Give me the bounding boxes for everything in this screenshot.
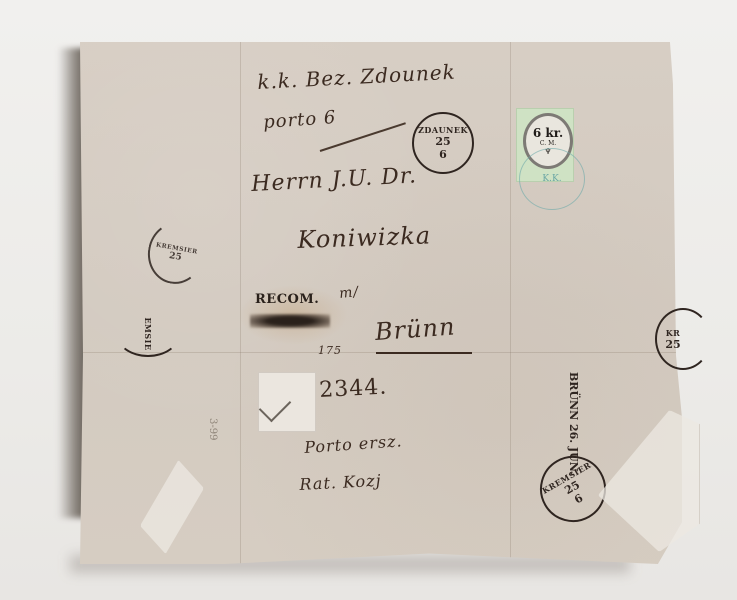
postmark-town: KR [666, 328, 681, 338]
fold-line [510, 42, 511, 564]
reference-number: 2344. [319, 374, 388, 403]
postmark-kremsier-edge-left: EMSIE [116, 311, 180, 357]
arrival-stamp: BRÜNN 26. JUN. [567, 372, 580, 475]
checkmark-icon [259, 390, 292, 423]
revenue-cancel: K.K. [519, 148, 585, 210]
recom-number: 175 [318, 344, 342, 357]
recom-bar [250, 314, 330, 328]
postmark-kremsier-edge-right: KR 25 [655, 308, 711, 370]
postmark-month: 6 [439, 148, 447, 161]
addressee-name: Koniwizka [297, 221, 431, 254]
postmark-day: 25 [435, 135, 450, 148]
pencil-note: 3-99 [207, 418, 218, 440]
postmark-town: EMSIE [143, 317, 153, 350]
postmark-day: 25 [168, 250, 182, 262]
paper-patch [258, 372, 316, 432]
stamp-currency: C. M. [540, 140, 556, 147]
postmark-day: 25 [665, 338, 680, 351]
postmark-town: ZDAUNEK [418, 125, 468, 135]
destination-city: Brünn [374, 312, 456, 346]
stamp-value: 6 kr. [533, 126, 563, 140]
postmark-zdaunek: ZDAUNEK 25 6 [412, 112, 474, 174]
postmark-month: 6 [572, 491, 585, 506]
recom-label: RECOM. [255, 292, 319, 307]
destination-underline [376, 352, 472, 354]
